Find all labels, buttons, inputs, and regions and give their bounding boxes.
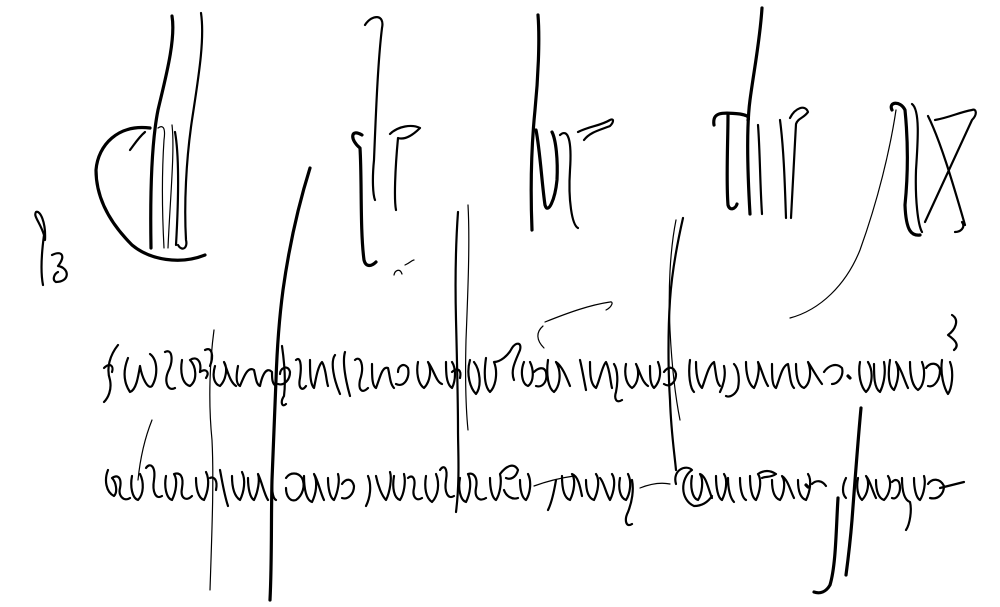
headline-word-4 — [714, 8, 808, 218]
headline-word-5 — [790, 103, 976, 318]
descender-stroke-1 — [270, 168, 310, 600]
text-line-1 — [104, 344, 952, 406]
headline-word-1 — [96, 13, 205, 260]
headline-word-3 — [531, 15, 613, 230]
marginal-mark — [35, 212, 66, 285]
manuscript-canvas — [0, 0, 1000, 607]
headline-word-2 — [353, 17, 420, 275]
ascender-strokes — [456, 205, 861, 593]
